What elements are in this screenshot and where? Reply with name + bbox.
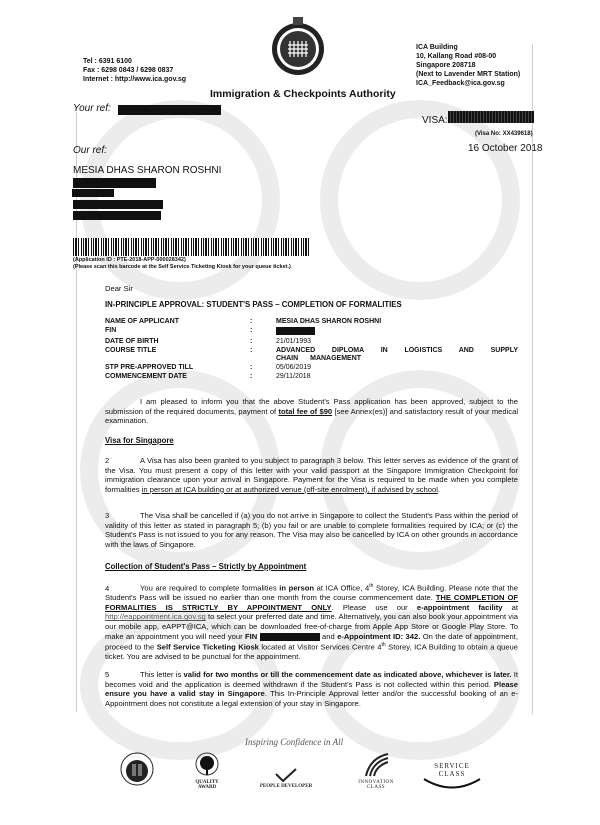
letter-subject: IN-PRINCIPLE APPROVAL: STUDENT'S PASS – … bbox=[105, 300, 402, 309]
singapore-quality-award-logo-icon: QUALITY AWARD bbox=[190, 752, 224, 790]
redacted-fin-inline bbox=[260, 633, 320, 641]
redacted-address-line-2 bbox=[72, 189, 114, 197]
detail-row: COMMENCEMENT DATE:29/11/2018 bbox=[105, 373, 518, 382]
redacted-address-line-4 bbox=[73, 211, 161, 220]
redacted-fin bbox=[276, 327, 315, 335]
visa-barcode bbox=[448, 111, 534, 123]
recipient-name: MESIA DHAS SHARON ROSHNI bbox=[73, 165, 221, 176]
our-ref-label: Our ref: bbox=[73, 145, 107, 156]
eappointment-link[interactable]: http://eappointment.ica.gov.sg bbox=[105, 612, 206, 621]
detail-row: COURSE TITLE:ADVANCED DIPLOMA IN LOGISTI… bbox=[105, 347, 518, 364]
paragraph-2: 2A Visa has also been granted to you sub… bbox=[105, 456, 518, 494]
detail-row: DATE OF BIRTH:21/01/1993 bbox=[105, 338, 518, 347]
redacted-your-ref bbox=[118, 105, 221, 115]
tel: Tel : 6391 6100 bbox=[83, 57, 186, 66]
scan-note: (Please scan this barcode at the Self Se… bbox=[73, 264, 291, 271]
address-block: ICA Building 10, Kallang Road #08-00 Sin… bbox=[416, 43, 520, 88]
agency-name: Immigration & Checkpoints Authority bbox=[210, 88, 396, 100]
service-class-logo-icon: SERVICE CLASS bbox=[422, 762, 482, 792]
applicant-details: NAME OF APPLICANT:MESIA DHAS SHARON ROSH… bbox=[105, 318, 518, 381]
paragraph-1: I am pleased to inform you that the abov… bbox=[105, 397, 518, 426]
tagline: Inspiring Confidence in All bbox=[245, 737, 343, 747]
visa-number: (Visa No: XX439618) bbox=[475, 131, 533, 137]
redacted-address-line-3 bbox=[73, 200, 163, 209]
visa-heading: Visa for Singapore bbox=[105, 436, 518, 446]
ica-crest-icon bbox=[266, 15, 330, 79]
your-ref-label: Your ref: bbox=[73, 103, 111, 114]
contact-info: Tel : 6391 6100 Fax : 6298 0843 / 6298 0… bbox=[83, 57, 186, 84]
redacted-address-line-1 bbox=[73, 178, 156, 188]
salutation: Dear Sir bbox=[105, 284, 133, 293]
fax: Fax : 6298 0843 / 6298 0837 bbox=[83, 66, 186, 75]
detail-row: FIN: bbox=[105, 327, 518, 339]
innovation-class-logo-icon: INNOVATION CLASS bbox=[354, 752, 398, 790]
detail-row: NAME OF APPLICANT:MESIA DHAS SHARON ROSH… bbox=[105, 318, 518, 327]
internet: Internet : http://www.ica.gov.sg bbox=[83, 75, 186, 84]
application-barcode bbox=[73, 238, 311, 256]
total-fee: total fee of $90 bbox=[278, 407, 332, 416]
ministry-of-home-affairs-logo-icon bbox=[118, 752, 156, 788]
paragraph-5: 5This letter is valid for two months or … bbox=[105, 670, 518, 708]
visa-label: VISA: bbox=[422, 115, 448, 126]
application-id: (Application ID : PTE-2018-APP-000028342… bbox=[73, 257, 291, 271]
letter-date: 16 October 2018 bbox=[468, 143, 543, 154]
feedback-email: ICA_Feedback@ica.gov.sg bbox=[416, 79, 520, 88]
people-developer-logo-icon: PEOPLE DEVELOPER bbox=[256, 768, 316, 789]
collection-heading: Collection of Student's Pass – Strictly … bbox=[105, 562, 518, 572]
paragraph-4: 4You are required to complete formalitie… bbox=[105, 582, 518, 662]
detail-row: STP PRE-APPROVED TILL:05/06/2019 bbox=[105, 364, 518, 373]
paragraph-3: 3The Visa shall be cancelled if (a) you … bbox=[105, 511, 518, 549]
